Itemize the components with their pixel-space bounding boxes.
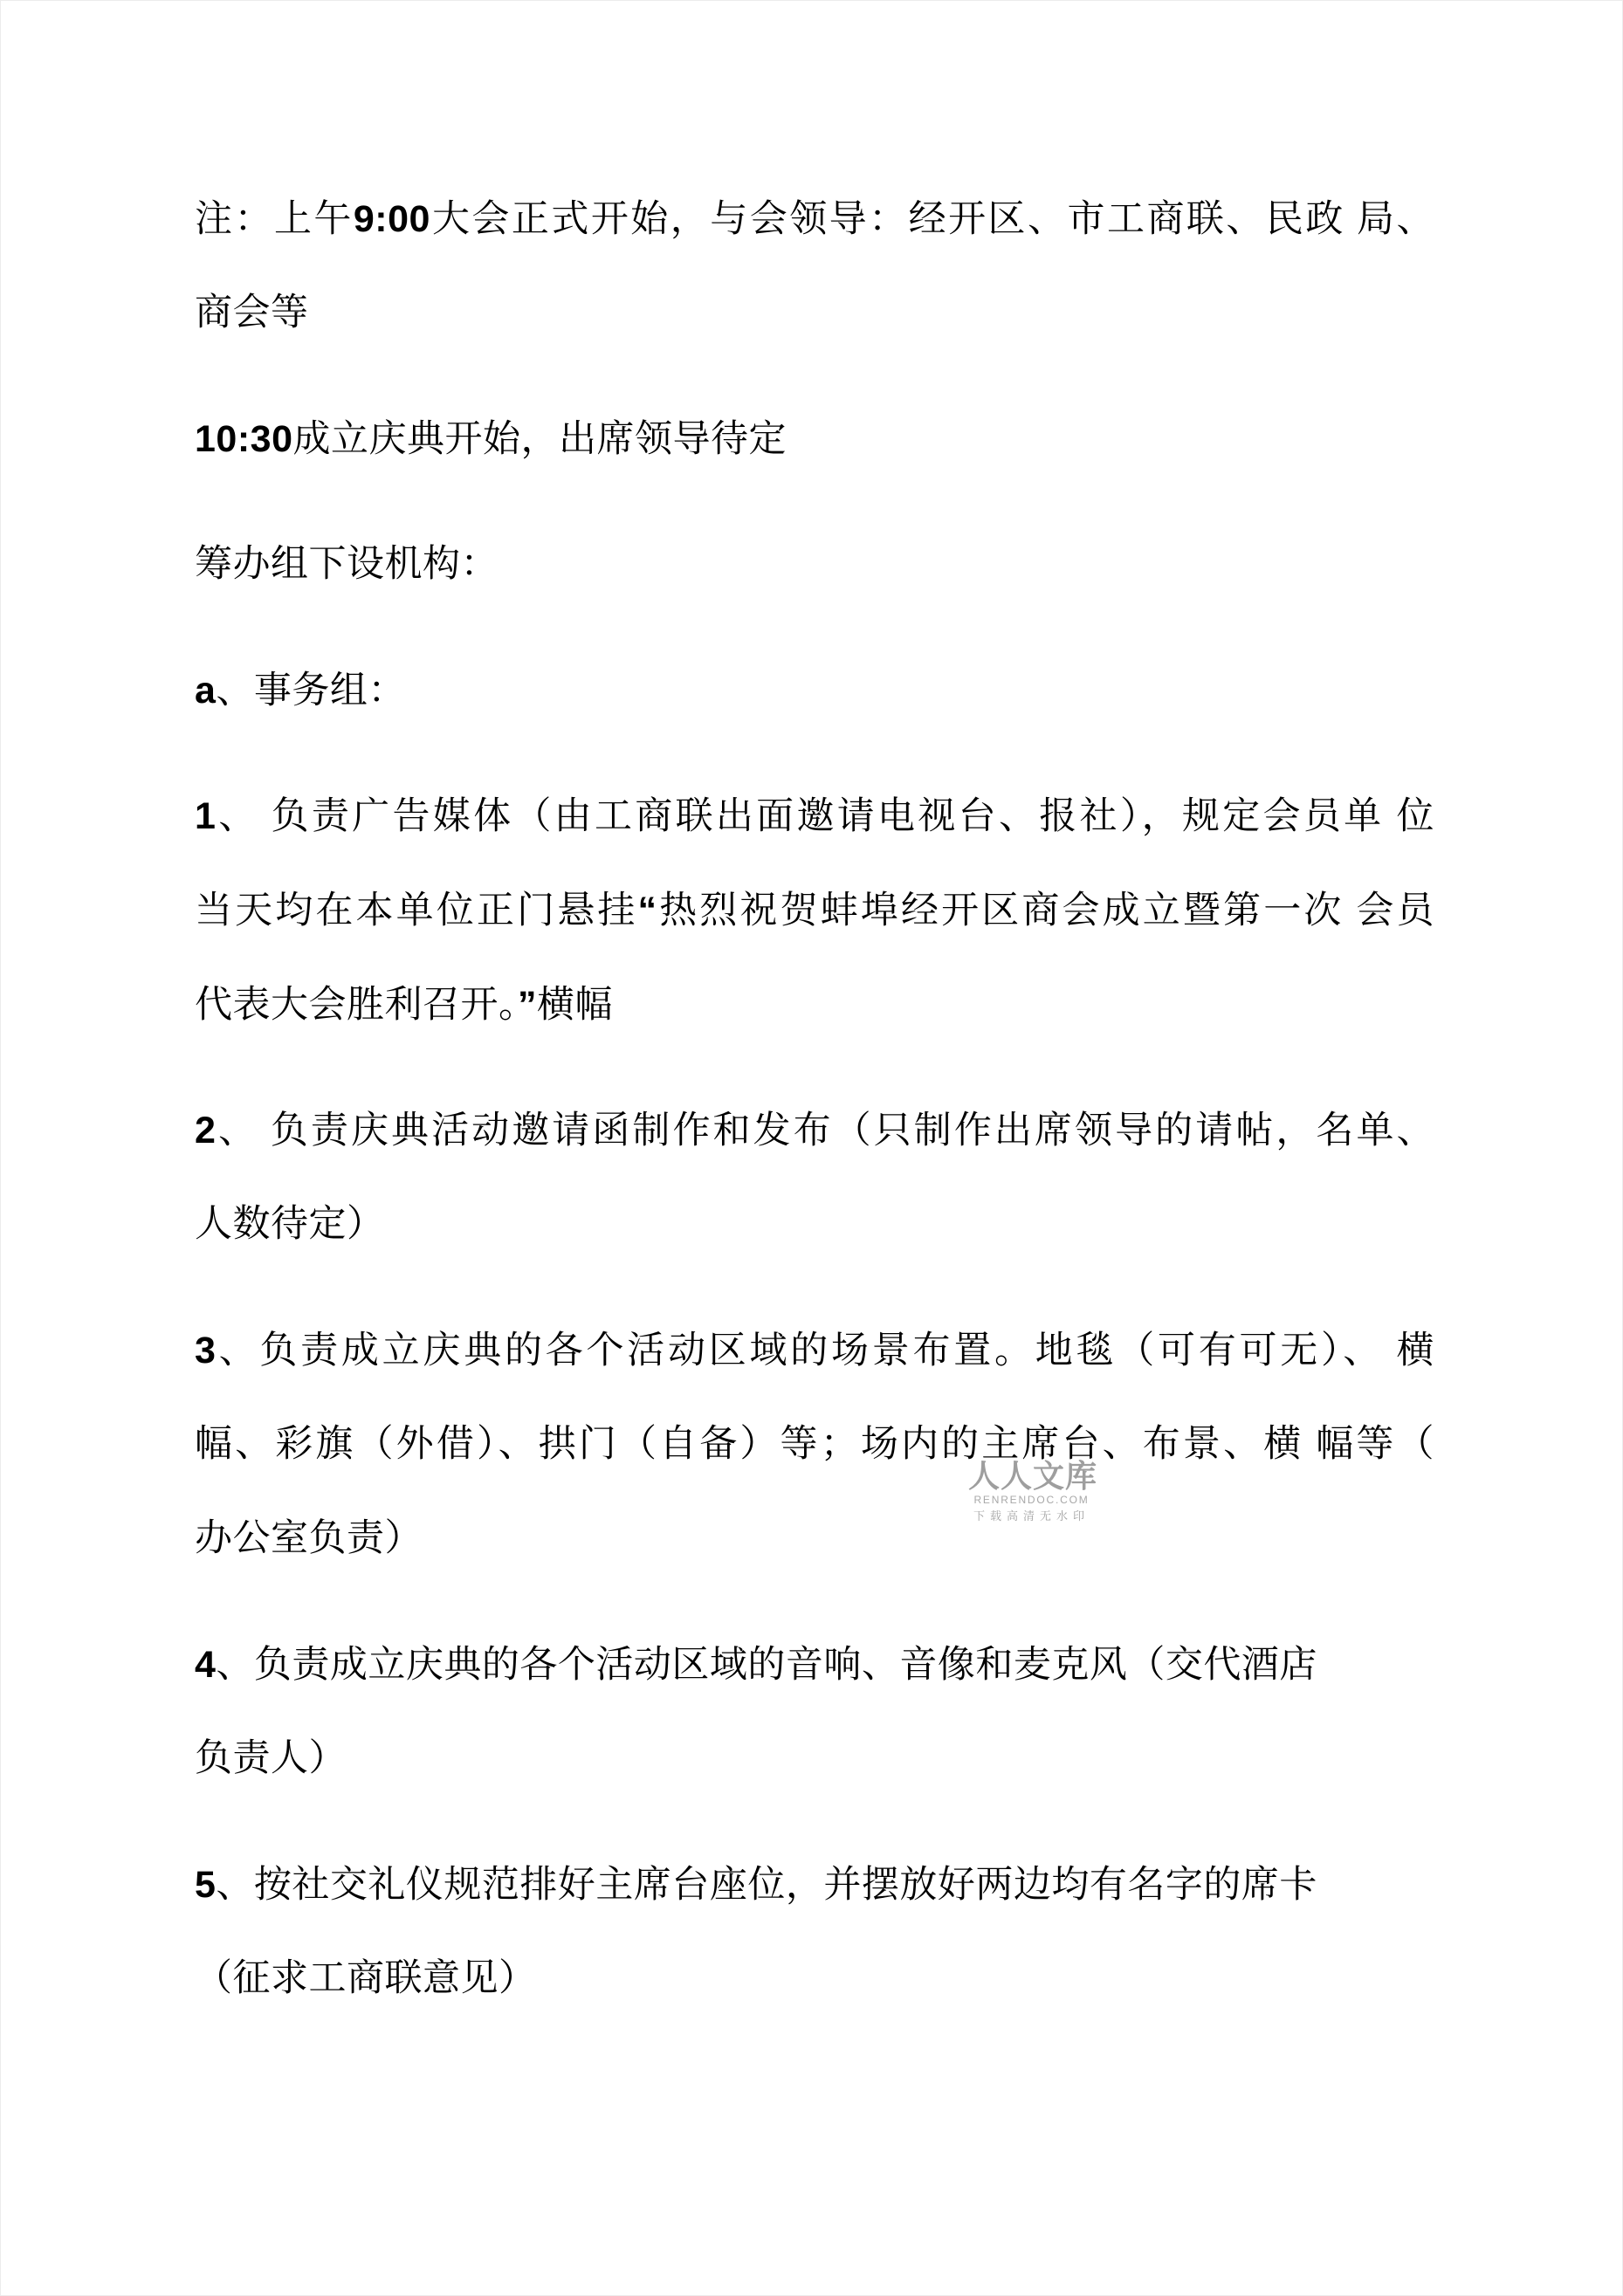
text-segment: 人数待定） — [195, 1204, 385, 1245]
text-line: 4、负责成立庆典的各个活动区域的音响、音像和麦克风（交代酒店 — [195, 1618, 1434, 1712]
paragraph: 2、 负责庆典活动邀请函制作和发布（只制作出席领导的请帖，名单、人数待定） — [195, 1083, 1434, 1272]
text-segment: 、负责成立庆典的各个活动区域的音响、音像和麦克风（交代酒店 — [216, 1645, 1317, 1686]
text-segment: 当天均在本单位正门悬挂 — [195, 890, 638, 931]
text-line: 筹办组下设机构： — [195, 518, 1434, 612]
text-line: a、事务组： — [195, 643, 1434, 738]
bold-text-segment: a — [195, 670, 216, 711]
text-line: 5、按社交礼仪规范排好主席台座位，并摆放好两边均有名字的席卡 — [195, 1838, 1434, 1932]
bold-text-segment: ” — [518, 984, 537, 1026]
text-line: 1、 负责广告媒体（由工商联出面邀请电视台、报社），规定会员单 位 — [195, 769, 1434, 863]
text-line: 商会等 — [195, 266, 1434, 361]
text-segment: 大会正式开始，与会领导：经开区、市工商联、民政 局、 — [430, 199, 1434, 240]
text-segment: （征求工商联意见） — [195, 1958, 537, 1999]
paragraph: 筹办组下设机构： — [195, 518, 1434, 612]
text-segment: 商会等 — [195, 292, 309, 333]
bold-text-segment: 10:30 — [195, 418, 292, 460]
text-segment: 代表大会胜利召开。 — [195, 985, 518, 1026]
document-body: 注：上午9:00大会正式开始，与会领导：经开区、市工商联、民政 局、商会等10:… — [195, 172, 1434, 2058]
text-segment: 办公室负责） — [195, 1518, 423, 1559]
text-line: 当天均在本单位正门悬挂“热烈祝贺蚌埠经开区商会成立暨第一次 会员 — [195, 863, 1434, 958]
text-line: 3、负责成立庆典的各个活动区域的场景布置。地毯（可有可无）、 横 — [195, 1303, 1434, 1398]
bold-text-segment: “ — [638, 890, 657, 931]
text-segment: 成立庆典开始，出席领导待定 — [292, 419, 787, 460]
text-segment: 负责人） — [195, 1738, 347, 1779]
bold-text-segment: 9:00 — [354, 198, 430, 240]
bold-text-segment: 4 — [195, 1644, 216, 1686]
text-line: 注：上午9:00大会正式开始，与会领导：经开区、市工商联、民政 局、 — [195, 172, 1434, 266]
text-segment: 幅、彩旗（外借）、拱门（自备）等；场内的主席台、布景、横 幅等（ — [195, 1424, 1434, 1465]
paragraph: 5、按社交礼仪规范排好主席台座位，并摆放好两边均有名字的席卡（征求工商联意见） — [195, 1838, 1434, 2026]
text-segment: 、 负责庆典活动邀请函制作和发布（只制作出席领导的请帖，名单、 — [216, 1110, 1434, 1151]
text-segment: 横幅 — [537, 985, 613, 1026]
paragraph: 4、负责成立庆典的各个活动区域的音响、音像和麦克风（交代酒店负责人） — [195, 1618, 1434, 1806]
text-line: （征求工商联意见） — [195, 1932, 1434, 2026]
paragraph: a、事务组： — [195, 643, 1434, 738]
paragraph: 3、负责成立庆典的各个活动区域的场景布置。地毯（可有可无）、 横幅、彩旗（外借）… — [195, 1303, 1434, 1586]
text-segment: 、事务组： — [216, 670, 406, 711]
watermark: 人人文库 RENRENDOC.COM 下载高清无水印 — [968, 1459, 1095, 1524]
bold-text-segment: 3 — [195, 1330, 216, 1371]
text-segment: 热烈祝贺蚌埠经开区商会成立暨第一次 会员 — [657, 890, 1435, 931]
text-segment: 、负责成立庆典的各个活动区域的场景布置。地毯（可有可无）、 横 — [216, 1330, 1434, 1371]
paragraph: 注：上午9:00大会正式开始，与会领导：经开区、市工商联、民政 局、商会等 — [195, 172, 1434, 361]
text-line: 幅、彩旗（外借）、拱门（自备）等；场内的主席台、布景、横 幅等（ — [195, 1398, 1434, 1492]
text-line: 2、 负责庆典活动邀请函制作和发布（只制作出席领导的请帖，名单、 — [195, 1083, 1434, 1178]
watermark-tagline: 下载高清无水印 — [968, 1509, 1095, 1524]
text-segment: 注：上午 — [195, 199, 354, 240]
bold-text-segment: 1 — [195, 795, 216, 837]
paragraph: 10:30成立庆典开始，出席领导待定 — [195, 392, 1434, 486]
bold-text-segment: 2 — [195, 1110, 216, 1151]
text-segment: 筹办组下设机构： — [195, 544, 499, 585]
watermark-logo-text: 人人文库 — [968, 1459, 1095, 1494]
paragraph: 1、 负责广告媒体（由工商联出面邀请电视台、报社），规定会员单 位当天均在本单位… — [195, 769, 1434, 1052]
text-segment: 、 负责广告媒体（由工商联出面邀请电视台、报社），规定会员单 位 — [216, 796, 1434, 837]
watermark-domain: RENRENDOC.COM — [968, 1494, 1095, 1507]
text-line: 10:30成立庆典开始，出席领导待定 — [195, 392, 1434, 486]
text-line: 办公室负责） — [195, 1492, 1434, 1586]
text-line: 代表大会胜利召开。”横幅 — [195, 958, 1434, 1052]
text-segment: 、按社交礼仪规范排好主席台座位，并摆放好两边均有名字的席卡 — [216, 1865, 1317, 1906]
document-page: 注：上午9:00大会正式开始，与会领导：经开区、市工商联、民政 局、商会等10:… — [0, 0, 1623, 2296]
bold-text-segment: 5 — [195, 1864, 216, 1906]
text-line: 人数待定） — [195, 1178, 1434, 1272]
text-line: 负责人） — [195, 1712, 1434, 1806]
